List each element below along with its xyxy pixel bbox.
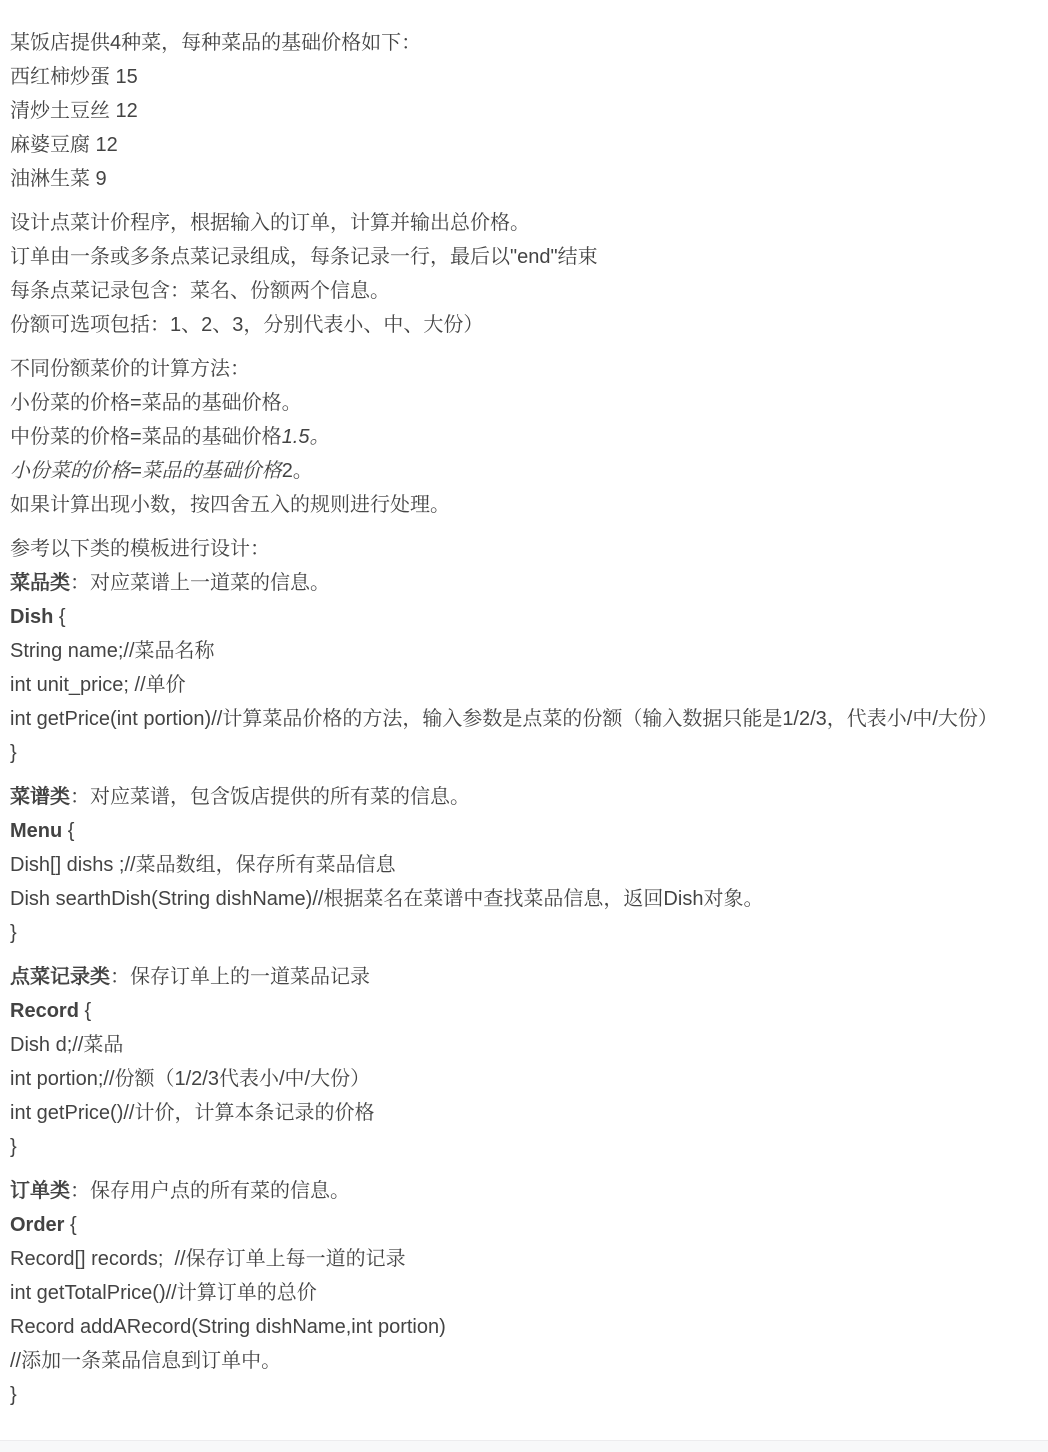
paragraph: 参考以下类的模板进行设计：菜品类：对应菜谱上一道菜的信息。Dish {Strin… bbox=[10, 532, 1038, 770]
text-segment: int getPrice(int portion)//计算菜品价格的方法，输入参… bbox=[10, 708, 998, 730]
problem-statement: 某饭店提供4种菜，每种菜品的基础价格如下：西红柿炒蛋 15清炒土豆丝 12麻婆豆… bbox=[0, 0, 1048, 1412]
text-segment: 每条点菜记录包含：菜名、份额两个信息。 bbox=[10, 280, 390, 302]
text-segment: ：对应菜谱，包含饭店提供的所有菜的信息。 bbox=[70, 786, 470, 808]
text-segment: //添加一条菜品信息到订单中。 bbox=[10, 1350, 281, 1372]
paragraph: 某饭店提供4种菜，每种菜品的基础价格如下：西红柿炒蛋 15清炒土豆丝 12麻婆豆… bbox=[10, 26, 1038, 196]
text-segment-bold: Order bbox=[10, 1214, 64, 1236]
text-segment: 中份菜的价格=菜品的基础价格 bbox=[10, 426, 282, 448]
text-segment: String name;//菜品名称 bbox=[10, 640, 215, 662]
text-segment: ：保存用户点的所有菜的信息。 bbox=[70, 1180, 350, 1202]
text-segment: Dish d;//菜品 bbox=[10, 1034, 123, 1056]
text-segment: { bbox=[53, 606, 65, 628]
text-segment: 2。 bbox=[282, 460, 313, 482]
text-segment: { bbox=[79, 1000, 91, 1022]
text-segment-italic: 1.5。 bbox=[282, 426, 330, 448]
text-segment: ：保存订单上的一道菜品记录 bbox=[110, 966, 370, 988]
paragraph: 菜谱类：对应菜谱，包含饭店提供的所有菜的信息。Menu {Dish[] dish… bbox=[10, 780, 1038, 950]
text-segment: Dish searthDish(String dishName)//根据菜名在菜… bbox=[10, 888, 763, 910]
paragraph: 订单类：保存用户点的所有菜的信息。Order {Record[] records… bbox=[10, 1174, 1038, 1412]
text-segment: { bbox=[62, 820, 74, 842]
text-segment: Dish[] dishs ;//菜品数组，保存所有菜品信息 bbox=[10, 854, 396, 876]
paragraph: 点菜记录类：保存订单上的一道菜品记录Record {Dish d;//菜品int… bbox=[10, 960, 1038, 1164]
text-segment-bold: Record bbox=[10, 1000, 79, 1022]
paragraph: 设计点菜计价程序，根据输入的订单，计算并输出总价格。订单由一条或多条点菜记录组成… bbox=[10, 206, 1038, 342]
text-segment: 麻婆豆腐 12 bbox=[10, 134, 118, 156]
text-segment: 参考以下类的模板进行设计： bbox=[10, 538, 270, 560]
paragraph: 不同份额菜价的计算方法：小份菜的价格=菜品的基础价格。中份菜的价格=菜品的基础价… bbox=[10, 352, 1038, 522]
text-segment-bold: 菜谱类 bbox=[10, 786, 70, 808]
text-segment: } bbox=[10, 1136, 17, 1158]
text-segment-bold: 点菜记录类 bbox=[10, 966, 110, 988]
text-segment: 某饭店提供4种菜，每种菜品的基础价格如下： bbox=[10, 32, 421, 54]
text-segment-italic: 小份菜的价格=菜品的基础价格 bbox=[10, 460, 282, 482]
text-segment: 设计点菜计价程序，根据输入的订单，计算并输出总价格。 bbox=[10, 212, 530, 234]
text-segment: int unit_price; //单价 bbox=[10, 674, 186, 696]
text-segment: 如果计算出现小数，按四舍五入的规则进行处理。 bbox=[10, 494, 450, 516]
text-segment: Record[] records; //保存订单上每一道的记录 bbox=[10, 1248, 406, 1270]
text-segment: 订单由一条或多条点菜记录组成，每条记录一行，最后以"end"结束 bbox=[10, 246, 598, 268]
text-segment-bold: Dish bbox=[10, 606, 53, 628]
text-segment-bold: Menu bbox=[10, 820, 62, 842]
text-segment: 小份菜的价格=菜品的基础价格。 bbox=[10, 392, 302, 414]
text-segment: } bbox=[10, 922, 17, 944]
text-segment: 清炒土豆丝 12 bbox=[10, 100, 138, 122]
text-segment-bold: 菜品类 bbox=[10, 572, 70, 594]
text-segment: 不同份额菜价的计算方法： bbox=[10, 358, 250, 380]
text-segment: int getPrice()//计价，计算本条记录的价格 bbox=[10, 1102, 374, 1124]
text-segment-bold: 订单类 bbox=[10, 1180, 70, 1202]
text-segment: int portion;//份额（1/2/3代表小/中/大份） bbox=[10, 1068, 370, 1090]
text-segment: Record addARecord(String dishName,int po… bbox=[10, 1316, 446, 1338]
text-segment: 份额可选项包括：1、2、3，分别代表小、中、大份） bbox=[10, 314, 483, 336]
text-segment: int getTotalPrice()//计算订单的总价 bbox=[10, 1282, 317, 1304]
text-segment: 油淋生菜 9 bbox=[10, 168, 107, 190]
text-segment: 西红柿炒蛋 15 bbox=[10, 66, 138, 88]
text-segment: { bbox=[64, 1214, 76, 1236]
text-segment: ：对应菜谱上一道菜的信息。 bbox=[70, 572, 330, 594]
text-segment: } bbox=[10, 1384, 17, 1406]
text-segment: } bbox=[10, 742, 17, 764]
bottom-strip bbox=[0, 1440, 1048, 1452]
